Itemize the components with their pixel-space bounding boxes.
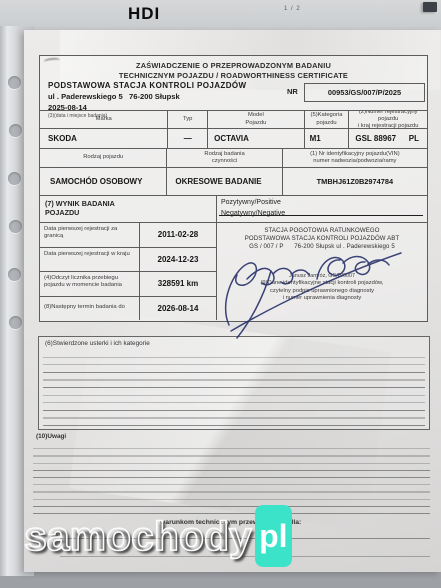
result-label: (7) WYNIK BADANIA POJAZDU (40, 196, 217, 222)
vehicle-plate-cell: GSL 88967 PL (349, 129, 427, 148)
caption-line-3: i numer uprawnienia diagnosty (217, 295, 427, 303)
page-indicator: 1 / 2 (284, 6, 301, 12)
vehicle-value-row: SKODA — OCTAVIA M1 GSL 88967 PL (40, 129, 427, 149)
signature-caption: Janusz Jamróz, GS/D/0007 (9)Dane identyf… (217, 273, 427, 303)
col-vin: (1) Nr identyfikacyjny pojazdu(VIN) nume… (283, 149, 427, 167)
vehicle-value-row-2: SAMOCHÓD OSOBOWY OKRESOWE BADANIE TMBHJ6… (40, 168, 427, 196)
detail-label: Data pierwszej rejestracji w kraju (40, 248, 140, 272)
caption-line-2: czytelny podpis uprawnionego diagnosty (217, 288, 427, 296)
detail-row: Data pierwszej rejestracji w kraju 2024-… (40, 248, 216, 273)
vehicle-model: OCTAVIA (208, 129, 304, 148)
detail-label: (8)Następny termin badania do (40, 297, 140, 321)
detail-value: 328591 km (140, 272, 216, 296)
remarks-label: (10)Uwagi (36, 433, 66, 440)
vehicle-category: M1 (305, 129, 350, 148)
plate-number: GSL 88967 (355, 134, 396, 143)
diagnostician-name: Janusz Jamróz, GS/D/0007 (217, 273, 427, 279)
nr-label: NR (287, 87, 298, 96)
binder-hole (8, 76, 21, 89)
vehicle-kind: SAMOCHÓD OSOBOWY (40, 168, 167, 195)
station-address: ul . Paderewskiego 5 76-200 Słupsk (48, 92, 246, 101)
watermark-text: samochody (24, 516, 252, 557)
col-rejestracja: (2)Numer rejestracyjny pojazdu i kraj re… (349, 111, 427, 128)
hdi-logo: HDI (128, 4, 160, 24)
detail-row: (4)Odczyt licznika przebiegu pojazdu w m… (40, 272, 216, 297)
inspection-kind: OKRESOWE BADANIE (167, 168, 282, 195)
watermark: samochody pl (24, 503, 292, 569)
caption-line-1: (9)Dane identyfikacyjne stacji kontroli … (217, 280, 427, 288)
vin-number: TMBHJ61Z0B2974784 (283, 168, 427, 195)
col-typ: Typ (168, 111, 208, 128)
col-kategoria: (5)Kategoria pojazdu (305, 111, 350, 128)
col-marka: Marka (40, 111, 168, 128)
detail-row: (8)Następny termin badania do 2026-08-14 (40, 297, 216, 321)
binder-hole (9, 124, 22, 137)
photo-of-inspection-certificate: HDI 1 / 2 ZAŚWIADCZENIE O PRZEPROWADZONY… (0, 0, 441, 588)
plate-country: PL (409, 134, 419, 143)
detail-value: 2026-08-14 (140, 297, 216, 321)
defects-box: (6)Stwierdzone usterki i ich kategorie (38, 336, 430, 430)
detail-value: 2024-12-23 (140, 248, 216, 272)
watermark-pl-badge: pl (255, 505, 292, 567)
result-values: Pozytywny/Positive Negatywny/Negative (217, 196, 427, 222)
certificate-title: ZAŚWIADCZENIE O PRZEPROWADZONYM BADANIU … (40, 61, 427, 80)
result-negative-struck: Negatywny/Negative (221, 209, 427, 220)
stamp-line-3: GS / 007 / P 76-200 Słupsk ul . Paderews… (217, 243, 427, 251)
station-stamp-text: STACJA POGOTOWIA RATUNKOWEGO PODSTAWOWA … (217, 223, 427, 251)
title-line-2: TECHNICZNYM POJAZDU / ROADWORTHINESS CER… (40, 71, 427, 80)
defects-label: (6)Stwierdzone usterki i ich kategorie (45, 340, 150, 347)
stamp-line-2: PODSTAWOWA STACJA KONTROLI POJAZDÓW ABT (217, 235, 427, 243)
certificate-form: ZAŚWIADCZENIE O PRZEPROWADZONYM BADANIU … (39, 55, 428, 322)
watermark-tld: pl (259, 520, 287, 552)
col-model: Model Pojazdu (208, 111, 305, 128)
stamp-line-1: STACJA POGOTOWIA RATUNKOWEGO (217, 227, 427, 235)
detail-row: Data pierwszej rejestracji za granicą 20… (40, 223, 216, 248)
certificate-number: 00953/GS/007/P/2025 (304, 83, 425, 102)
station-stamp-cell: STACJA POGOTOWIA RATUNKOWEGO PODSTAWOWA … (217, 223, 427, 320)
detail-label: Data pierwszej rejestracji za granicą (40, 223, 140, 247)
details-left: Data pierwszej rejestracji za granicą 20… (40, 223, 217, 320)
station-name: PODSTAWOWA STACJA KONTROLI POJAZDÓW (48, 81, 246, 90)
vehicle-header-row-2: Rodzaj pojazdu Rodzaj badania czynności … (40, 149, 427, 168)
form-header: ZAŚWIADCZENIE O PRZEPROWADZONYM BADANIU … (40, 56, 427, 111)
result-row: (7) WYNIK BADANIA POJAZDU Pozytywny/Posi… (40, 196, 427, 223)
col-badanie: Rodzaj badania czynności (167, 149, 282, 167)
col-rodzaj: Rodzaj pojazdu (40, 149, 167, 167)
vehicle-type: — (168, 129, 208, 148)
vehicle-header-row: Marka Typ Model Pojazdu (5)Kategoria poj… (40, 111, 427, 129)
binder-hole (9, 316, 22, 329)
binder-hole (8, 268, 21, 281)
binder-hole (8, 172, 21, 185)
defects-ruled-lines (43, 350, 425, 426)
binder-hole (9, 220, 22, 233)
corner-clip-icon (423, 2, 437, 12)
detail-label: (4)Odczyt licznika przebiegu pojazdu w m… (40, 272, 140, 296)
detail-value: 2011-02-28 (140, 223, 216, 247)
details-section: Data pierwszej rejestracji za granicą 20… (40, 223, 427, 320)
result-positive: Pozytywny/Positive (221, 198, 427, 209)
title-line-1: ZAŚWIADCZENIE O PRZEPROWADZONYM BADANIU (40, 61, 427, 70)
vehicle-make: SKODA (40, 129, 168, 148)
photo-background-top (0, 0, 441, 30)
